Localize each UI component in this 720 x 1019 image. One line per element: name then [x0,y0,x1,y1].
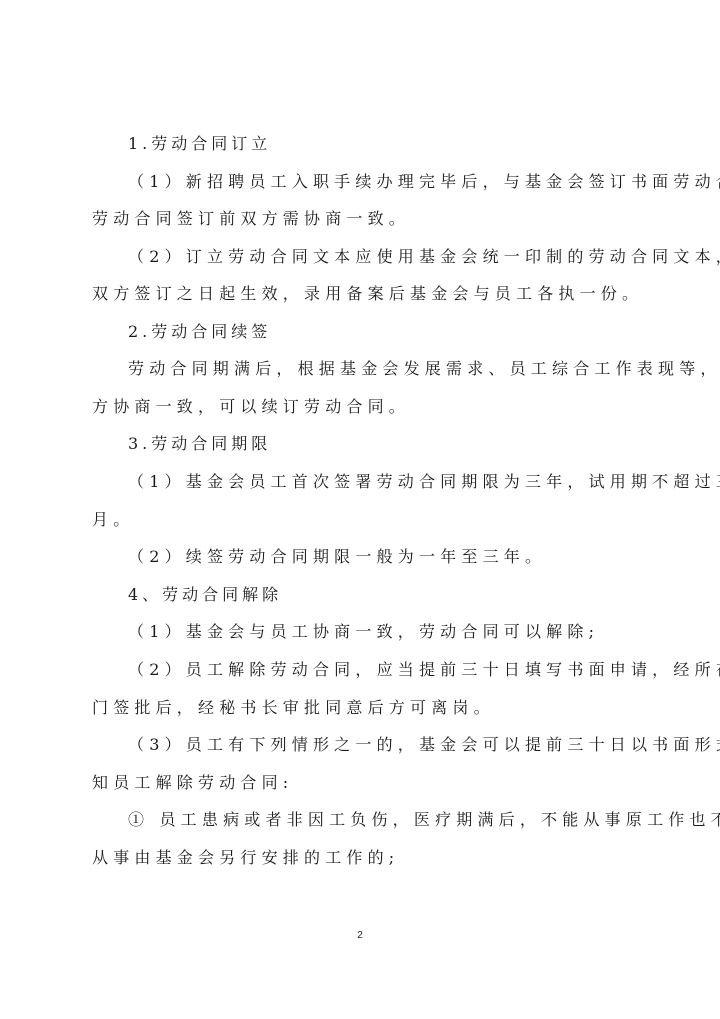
paragraph-line: 双方签订之日起生效，录用备案后基金会与员工各执一份。 [92,279,632,309]
section-heading-1: 1.劳动合同订立 [128,129,632,159]
paragraph-line: 门签批后，经秘书长审批同意后方可离岗。 [92,693,632,723]
paragraph-line: 劳动合同签订前双方需协商一致。 [92,204,632,234]
paragraph-line: （2）订立劳动合同文本应使用基金会统一印制的劳动合同文本，自 [128,242,632,272]
paragraph-line: （2）续签劳动合同期限一般为一年至三年。 [128,542,632,572]
page-number: 2 [350,930,370,941]
paragraph-line: （2）员工解除劳动合同，应当提前三十日填写书面申请，经所在部 [128,655,632,685]
section-heading-4: 4、劳动合同解除 [128,580,632,610]
paragraph-line: 知员工解除劳动合同: [92,768,632,798]
paragraph-line: ① 员工患病或者非因工负伤，医疗期满后，不能从事原工作也不能 [128,805,632,835]
paragraph-line: （1）基金会员工首次签署劳动合同期限为三年，试用期不超过三个 [128,467,632,497]
paragraph-line: （3）员工有下列情形之一的，基金会可以提前三十日以书面形式通 [128,730,632,760]
paragraph-line: 月。 [92,505,632,535]
paragraph-line: 方协商一致，可以续订劳动合同。 [92,392,632,422]
section-heading-3: 3.劳动合同期限 [128,429,632,459]
paragraph-line: 从事由基金会另行安排的工作的; [92,843,632,873]
paragraph-line: （1）新招聘员工入职手续办理完毕后，与基金会签订书面劳动合同， [128,167,632,197]
paragraph-line: 劳动合同期满后，根据基金会发展需求、员工综合工作表现等，经双 [128,354,632,384]
paragraph-line: （1）基金会与员工协商一致，劳动合同可以解除; [128,617,632,647]
section-heading-2: 2.劳动合同续签 [128,317,632,347]
document-page: 1.劳动合同订立 （1）新招聘员工入职手续办理完毕后，与基金会签订书面劳动合同，… [0,0,720,1019]
